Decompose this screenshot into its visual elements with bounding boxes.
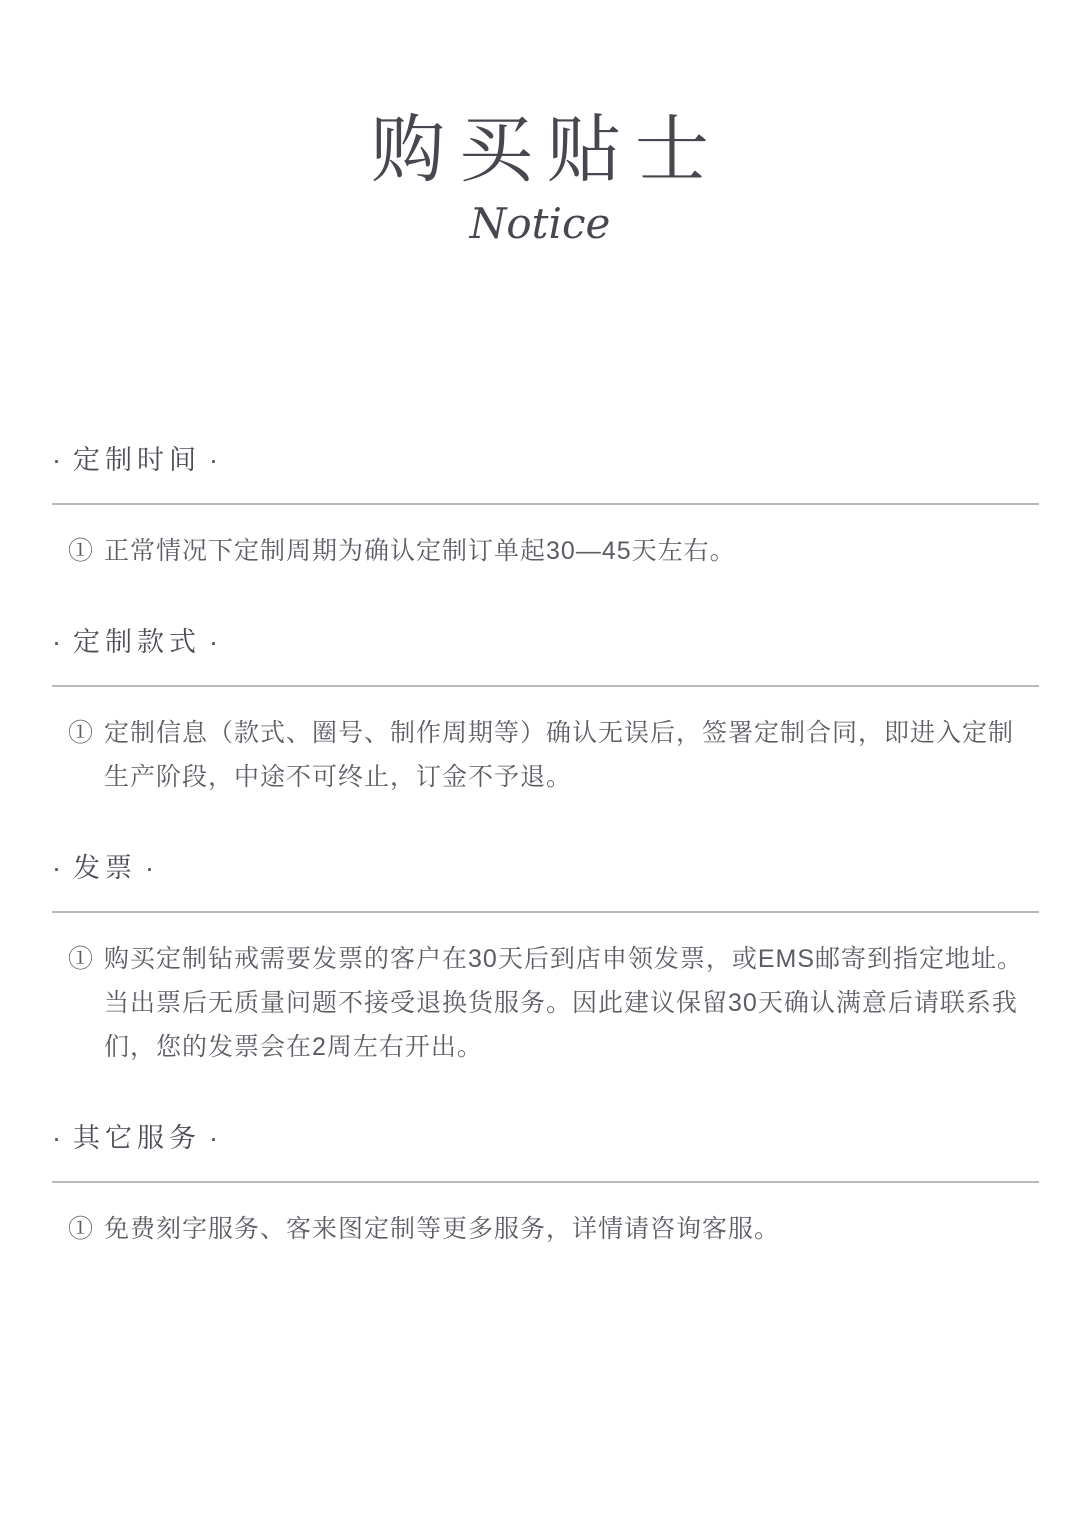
tip-number-marker: ① <box>68 1207 94 1251</box>
page-subtitle: Notice <box>0 201 1080 247</box>
notice-content: · 定制时间 · ① 正常情况下定制周期为确认定制订单起30—45天左右。 · … <box>0 247 1080 1251</box>
decorative-dot: · <box>145 851 154 885</box>
section-custom-style: · 定制款式 · ① 定制信息（款式、圈号、制作周期等）确认无误后，签署定制合同… <box>52 625 1039 799</box>
tip-text: 正常情况下定制周期为确认定制订单起30—45天左右。 <box>104 529 1039 573</box>
tip-text: 定制信息（款式、圈号、制作周期等）确认无误后，签署定制合同，即进入定制生产阶段，… <box>104 711 1039 799</box>
section-heading: · 定制款式 · <box>52 625 1039 659</box>
decorative-dot: · <box>209 1121 218 1155</box>
section-heading-label: 发票 <box>73 851 137 885</box>
decorative-dot: · <box>52 1121 61 1155</box>
tip-item: ① 免费刻字服务、客来图定制等更多服务，详情请咨询客服。 <box>52 1207 1039 1251</box>
tip-number-marker: ① <box>68 529 94 573</box>
decorative-dot: · <box>52 851 61 885</box>
section-divider <box>52 503 1039 505</box>
tip-item: ① 正常情况下定制周期为确认定制订单起30—45天左右。 <box>52 529 1039 573</box>
section-heading: · 发票 · <box>52 851 1039 885</box>
section-custom-time: · 定制时间 · ① 正常情况下定制周期为确认定制订单起30—45天左右。 <box>52 443 1039 573</box>
tip-number-marker: ① <box>68 937 94 981</box>
decorative-dot: · <box>52 625 61 659</box>
tip-text: 购买定制钻戒需要发票的客户在30天后到店申领发票，或EMS邮寄到指定地址。当出票… <box>104 937 1039 1069</box>
section-divider <box>52 1181 1039 1183</box>
section-divider <box>52 911 1039 913</box>
page-header: 购买贴士 Notice <box>0 0 1080 247</box>
tip-item: ① 定制信息（款式、圈号、制作周期等）确认无误后，签署定制合同，即进入定制生产阶… <box>52 711 1039 799</box>
tip-number-marker: ① <box>68 711 94 755</box>
purchase-notice-page: 购买贴士 Notice · 定制时间 · ① 正常情况下定制周期为确认定制订单起… <box>0 0 1080 1513</box>
tip-item: ① 购买定制钻戒需要发票的客户在30天后到店申领发票，或EMS邮寄到指定地址。当… <box>52 937 1039 1069</box>
decorative-dot: · <box>209 625 218 659</box>
section-heading-label: 其它服务 <box>73 1121 201 1155</box>
decorative-dot: · <box>52 443 61 477</box>
section-invoice: · 发票 · ① 购买定制钻戒需要发票的客户在30天后到店申领发票，或EMS邮寄… <box>52 851 1039 1069</box>
tip-text: 免费刻字服务、客来图定制等更多服务，详情请咨询客服。 <box>104 1207 1039 1251</box>
section-divider <box>52 685 1039 687</box>
page-title: 购买贴士 <box>0 106 1080 195</box>
section-heading: · 其它服务 · <box>52 1121 1039 1155</box>
section-heading-label: 定制款式 <box>73 625 201 659</box>
section-heading-label: 定制时间 <box>73 443 201 477</box>
section-other-services: · 其它服务 · ① 免费刻字服务、客来图定制等更多服务，详情请咨询客服。 <box>52 1121 1039 1251</box>
section-heading: · 定制时间 · <box>52 443 1039 477</box>
decorative-dot: · <box>209 443 218 477</box>
